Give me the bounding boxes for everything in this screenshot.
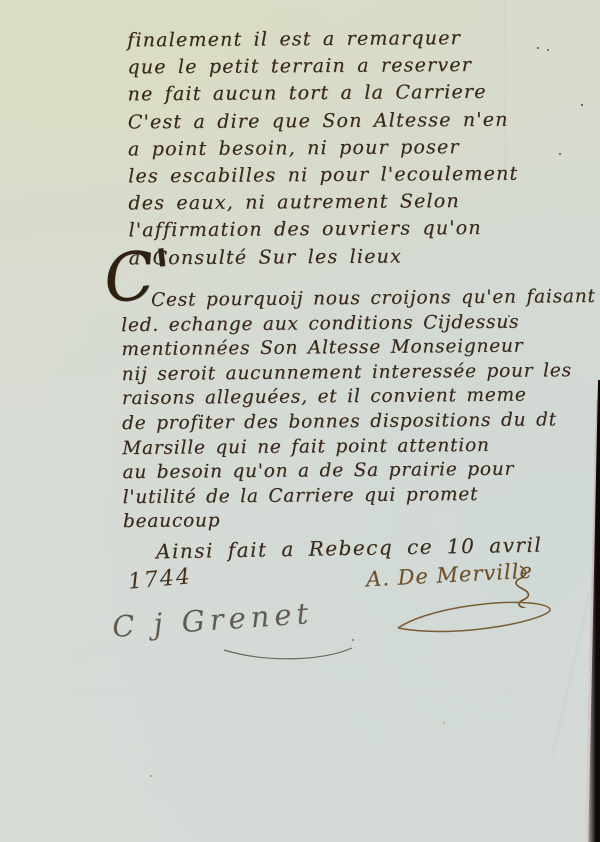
grenet-underline-flourish-icon [222,645,354,665]
manuscript-line: des eaux, ni autrement Selon [128,188,518,218]
manuscript-line: a point besoin, ni pour poser [128,133,518,163]
manuscript-line: beaucoup [123,506,598,535]
manuscript-line: l'affirmation des ouvriers qu'on [128,215,518,245]
signature-grenet: C j Grenet [111,596,314,644]
closing-dateline: Ainsi fait a Rebecq ce 10 avril [156,533,543,564]
manuscript-line: les escabilles ni pour l'ecoulement [128,161,518,191]
manuscript-text: finalement il est a remarquer que le pet… [0,0,600,842]
paragraph-1: finalement il est a remarquer que le pet… [127,25,519,273]
manuscript-line: de profiter des bonnes dispositions du d… [122,408,597,437]
paragraph-2: Cest pourquoij nous croijons qu'en faisa… [121,285,598,535]
manuscript-line: que le petit terrain a reserver [127,52,517,82]
manuscript-line: ne fait aucun tort a la Carriere [128,79,518,109]
signature-underline-flourish-icon [392,596,557,644]
manuscript-line: C'est a dire que Son Altesse n'en [128,106,518,136]
manuscript-line: a Consulté Sur les lieux [129,242,519,272]
signature-merville: A. De Merville [365,559,533,592]
manuscript-line: Cest pourquoij nous croijons qu'en faisa… [121,285,596,314]
closing-year: 1744 [127,564,193,594]
manuscript-page: finalement il est a remarquer que le pet… [0,0,600,842]
manuscript-line: finalement il est a remarquer [127,25,517,55]
